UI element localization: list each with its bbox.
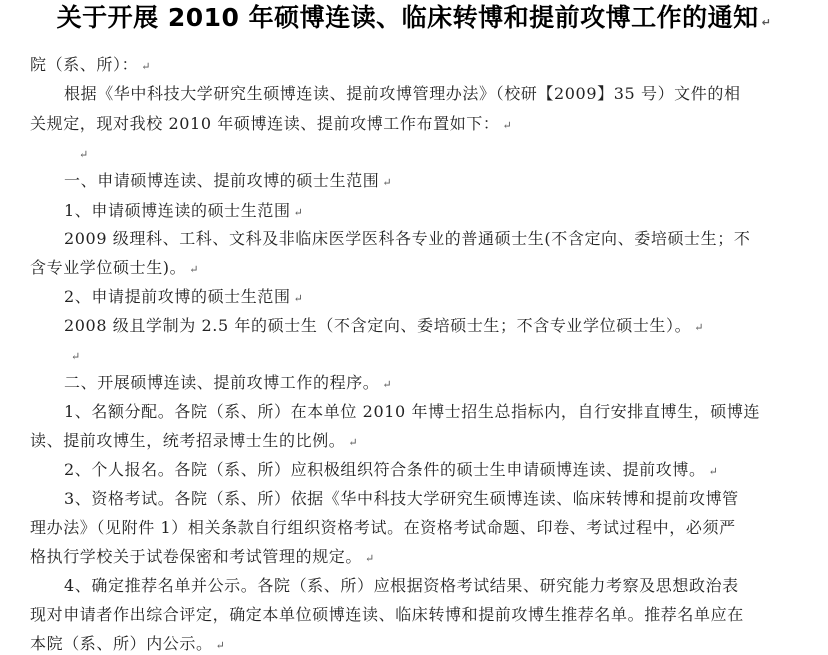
- paragraph-mark-icon: ↵: [382, 176, 392, 189]
- paragraph-line: 1、申请硕博连读的硕士生范围↵: [64, 200, 303, 224]
- paragraph-line: 1、名额分配。各院（系、所）在本单位 2010 年博士招生总指标内，自行安排直博…: [64, 401, 760, 423]
- document-title: 关于开展 2010 年硕博连读、临床转博和提前攻博工作的通知↵: [0, 0, 828, 41]
- line-text: 2009 级理科、工科、文科及非临床医学医科各专业的普通硕士生(不含定向、委培硕…: [64, 229, 750, 248]
- paragraph-line: 现对申请者作出综合评定，确定本单位硕博连读、临床转博和提前攻博生推荐名单。推荐名…: [30, 604, 744, 626]
- paragraph-line: 3、资格考试。各院（系、所）依据《华中科技大学研究生硕博连读、临床转博和提前攻博…: [64, 488, 739, 510]
- paragraph-mark-icon: ↵: [694, 321, 704, 334]
- line-text: 院（系、所）：: [30, 55, 138, 74]
- paragraph-mark-icon: ↵: [294, 206, 304, 219]
- paragraph-line: 一、申请硕博连读、提前攻博的硕士生范围↵: [64, 170, 392, 194]
- paragraph-line: 本院（系、所）内公示。↵: [30, 633, 225, 655]
- line-text: 1、名额分配。各院（系、所）在本单位 2010 年博士招生总指标内，自行安排直博…: [64, 402, 760, 421]
- paragraph-mark-icon: ↵: [503, 119, 513, 132]
- line-text: 本院（系、所）内公示。: [30, 634, 213, 653]
- paragraph-line: 2009 级理科、工科、文科及非临床医学医科各专业的普通硕士生(不含定向、委培硕…: [64, 228, 750, 250]
- paragraph-mark-icon: ↵: [709, 465, 719, 478]
- paragraph-line: 院（系、所）：↵: [30, 54, 151, 78]
- paragraph-line: 4、确定推荐名单并公示。各院（系、所）应根据资格考试结果、研究能力考察及思想政治…: [64, 575, 739, 597]
- line-text: 二、开展硕博连读、提前攻博工作的程序。: [64, 373, 379, 392]
- line-text: 理办法》（见附件 1）相关条款自行组织资格考试。在资格考试命题、印卷、考试过程中…: [30, 518, 736, 537]
- line-text: 关规定，现对我校 2010 年硕博连读、提前攻博工作布置如下：: [30, 114, 500, 133]
- line-text: 2008 级且学制为 2.5 年的硕士生（不含定向、委培硕士生；不含专业学位硕士…: [64, 316, 691, 335]
- empty-paragraph: ↵: [76, 142, 89, 166]
- paragraph-line: 关规定，现对我校 2010 年硕博连读、提前攻博工作布置如下：↵: [30, 113, 512, 137]
- line-text: 2、个人报名。各院（系、所）应积极组织符合条件的硕士生申请硕博连读、提前攻博。: [64, 460, 706, 479]
- line-text: 格执行学校关于试卷保密和考试管理的规定。: [30, 547, 362, 566]
- paragraph-mark-icon: ↵: [348, 436, 358, 449]
- line-text: 1、申请硕博连读的硕士生范围: [64, 201, 291, 220]
- paragraph-line: 含专业学位硕士生)。↵: [30, 257, 199, 281]
- line-text: 3、资格考试。各院（系、所）依据《华中科技大学研究生硕博连读、临床转博和提前攻博…: [64, 489, 739, 508]
- paragraph-line: 2、个人报名。各院（系、所）应积极组织符合条件的硕士生申请硕博连读、提前攻博。↵: [64, 459, 718, 483]
- line-text: 2、申请提前攻博的硕士生范围: [64, 287, 291, 306]
- paragraph-line: 2008 级且学制为 2.5 年的硕士生（不含定向、委培硕士生；不含专业学位硕士…: [64, 315, 704, 339]
- paragraph-mark-icon: ↵: [189, 263, 199, 276]
- empty-paragraph: ↵: [68, 344, 81, 368]
- paragraph-line: 格执行学校关于试卷保密和考试管理的规定。↵: [30, 546, 375, 570]
- paragraph-line: 理办法》（见附件 1）相关条款自行组织资格考试。在资格考试命题、印卷、考试过程中…: [30, 517, 736, 539]
- line-text: 4、确定推荐名单并公示。各院（系、所）应根据资格考试结果、研究能力考察及思想政治…: [64, 576, 739, 595]
- paragraph-mark-icon: ↵: [71, 350, 81, 363]
- paragraph-line: 二、开展硕博连读、提前攻博工作的程序。↵: [64, 372, 392, 396]
- line-text: 读、提前攻博生，统考招录博士生的比例。: [30, 431, 345, 450]
- line-text: 含专业学位硕士生)。: [30, 258, 186, 277]
- paragraph-mark-icon: ↵: [294, 292, 304, 305]
- line-text: 现对申请者作出综合评定，确定本单位硕博连读、临床转博和提前攻博生推荐名单。推荐名…: [30, 605, 744, 624]
- paragraph-mark-icon: ↵: [79, 148, 89, 161]
- paragraph-line: 读、提前攻博生，统考招录博士生的比例。↵: [30, 430, 358, 454]
- paragraph-mark-icon: ↵: [365, 552, 375, 565]
- paragraph-mark-icon: ↵: [382, 378, 392, 391]
- paragraph-line: 2、申请提前攻博的硕士生范围↵: [64, 286, 303, 310]
- title-text: 关于开展 2010 年硕博连读、临床转博和提前攻博工作的通知: [57, 3, 759, 32]
- line-text: 一、申请硕博连读、提前攻博的硕士生范围: [64, 171, 379, 190]
- paragraph-line: 根据《华中科技大学研究生硕博连读、提前攻博管理办法》（校研【2009】35 号）…: [64, 83, 741, 105]
- paragraph-mark-icon: ↵: [141, 60, 151, 73]
- line-text: 根据《华中科技大学研究生硕博连读、提前攻博管理办法》（校研【2009】35 号）…: [64, 84, 741, 103]
- paragraph-mark-icon: ↵: [216, 639, 226, 652]
- paragraph-mark-icon: ↵: [762, 16, 772, 29]
